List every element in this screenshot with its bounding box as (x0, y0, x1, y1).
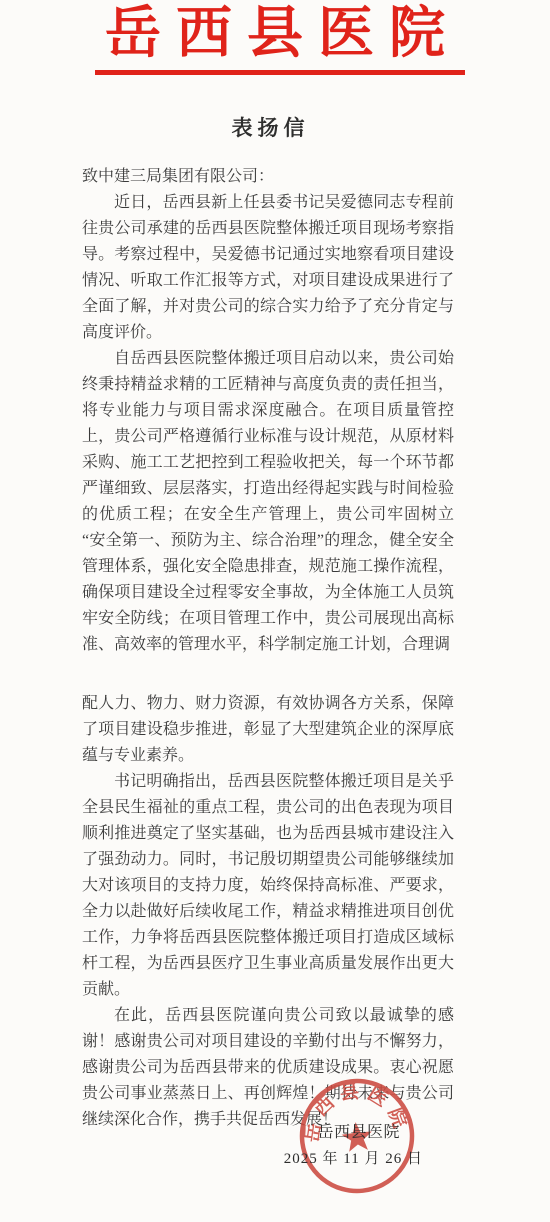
signature-date: 2025 年 11 月 26 日 (284, 1147, 423, 1168)
masthead-underline (95, 70, 465, 75)
letter-body: 致中建三局集团有限公司： 近日，岳西县新上任县委书记吴爱德同志专程前往贵公司承建… (82, 164, 454, 1133)
body-paragraph: 书记明确指出，岳西县医院整体搬迁项目是关乎全县民生福祉的重点工程，贵公司的出色表… (82, 769, 454, 1003)
hospital-masthead-title: 岳西县医院 (0, 0, 550, 68)
salutation: 致中建三局集团有限公司： (82, 164, 454, 190)
body-paragraph: 配人力、物力、财力资源，有效协调各方关系，保障了项目建设稳步推进，彰显了大型建筑… (82, 691, 454, 769)
letter-title: 表扬信 (82, 112, 454, 142)
body-paragraph: 近日，岳西县新上任县委书记吴爱德同志专程前往贵公司承建的岳西县医院整体搬迁项目现… (82, 190, 454, 346)
commendation-letter-page: 岳西县医院 表扬信 致中建三局集团有限公司： 近日，岳西县新上任县委书记吴爱德同… (0, 0, 550, 1222)
body-paragraph: 自岳西县医院整体搬迁项目启动以来，贵公司始终秉持精益求精的工匠精神与高度负责的责… (82, 346, 454, 658)
signature-hospital-name: 岳西县医院 (317, 1119, 400, 1142)
page-break-gap (82, 658, 454, 691)
